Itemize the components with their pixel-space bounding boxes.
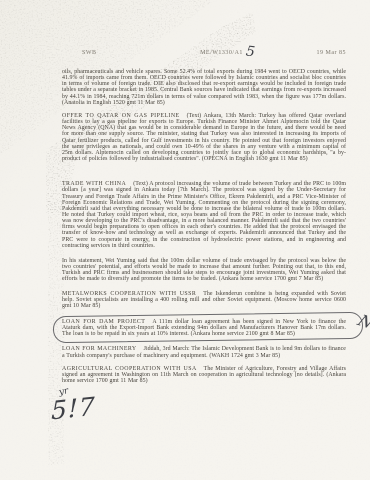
- section-heading: AGRICULTURAL COOPERATION WITH USA: [62, 366, 197, 372]
- text-column: SWB ME/W1330/A1 19 Mar 85 oils, pharmace…: [62, 50, 346, 384]
- section-heading: LOAN FOR MACHINERY: [62, 346, 137, 352]
- paragraph-body: In his statement, Wei Yuming said that t…: [62, 258, 346, 282]
- handwritten-margin-scribble: N: [354, 311, 370, 332]
- page-header: SWB ME/W1330/A1 19 Mar 85: [62, 50, 346, 56]
- handwritten-page-number: 5: [245, 44, 256, 61]
- paragraph-qatar-pipeline: OFFER TO QATAR ON GAS PIPELINE(Text) Ank…: [62, 113, 346, 162]
- section-heading: METALWORKS COOPERATION WITH USSR: [62, 291, 196, 297]
- paragraph-body: (Text) Ankara, 13th March: Turkey has of…: [62, 113, 346, 162]
- circled-item-wrapper: N LOAN FOR DAM PROJECTA 111m dollar loan…: [62, 319, 346, 337]
- paragraph-agricultural-usa: AGRICULTURAL COOPERATION WITH USAThe Min…: [62, 366, 346, 384]
- paragraph-body: (Text) A protocol increasing the volume …: [62, 181, 346, 249]
- paragraph-metalworks-ussr: METALWORKS COOPERATION WITH USSRThe Iske…: [62, 291, 346, 309]
- issue-date: 19 Mar 85: [316, 50, 346, 56]
- issue-reference: ME/W1330/A1: [200, 50, 243, 56]
- paragraph-loan-machinery: LOAN FOR MACHINERYJiddah, 3rd March: The…: [62, 346, 346, 358]
- publication-abbrev: SWB: [82, 50, 97, 56]
- paragraph-trade-with-china: TRADE WITH CHINA(Text) A protocol increa…: [62, 181, 346, 249]
- paragraph-wei-yuming-statement: In his statement, Wei Yuming said that t…: [62, 258, 346, 283]
- handwritten-large-note: 5!7: [51, 392, 96, 426]
- paragraph-body: oils, pharmaceuticals and vehicle spares…: [62, 69, 346, 106]
- paragraph-trade-figures: oils, pharmaceuticals and vehicle spares…: [62, 69, 346, 106]
- paragraph-loan-dam-project: LOAN FOR DAM PROJECTA 111m dollar loan a…: [62, 319, 346, 337]
- scanned-page: SWB ME/W1330/A1 19 Mar 85 oils, pharmace…: [0, 0, 370, 480]
